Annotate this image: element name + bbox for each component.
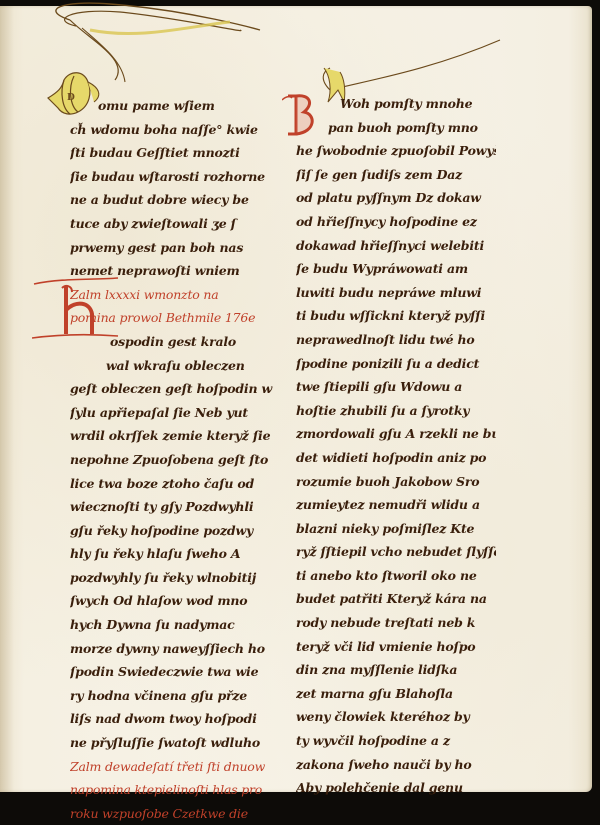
text-line: od platu pyſſnym Dz dokaw <box>296 186 496 210</box>
rubric-line: Zalm lxxxxi wmonzto na <box>70 283 285 307</box>
text-line: ſpodine ponizili ſu a dedict <box>296 352 496 376</box>
text-line: pozdwyhly ſu řeky wlnobitij <box>70 566 285 590</box>
text-line: ry hodna včinena gſu přze <box>70 684 285 708</box>
rubric-line: napomina ktepielinoſti hlas pro <box>70 778 285 798</box>
text-line: wrdil okrſſek zemie kteryž ſie <box>70 424 285 448</box>
text-line: ſti budau Geſſtiet mnozti <box>70 141 285 165</box>
text-line: ſylu apřiepaſal ſie Neb yut <box>70 401 285 425</box>
text-line: teryž vči lid vmienie hoſpo <box>296 635 496 659</box>
text-line: ryž ſſtiepil vcho nebudet ſlyſſe <box>296 540 496 564</box>
text-line: tuce aby zwieſtowali ʒe ſ <box>70 212 285 236</box>
gutter-shadow <box>0 6 14 792</box>
text-line: det widieti hoſpodin aniz po <box>296 446 496 470</box>
text-line: pan buoh pomſty mno <box>296 116 496 140</box>
right-column-text: Woh pomſty mnohe pan buoh pomſty mno he … <box>296 92 496 798</box>
text-line: liſs nad dwom twoy hoſpodi <box>70 707 285 731</box>
text-line: Aby polehčenie dal genu <box>296 776 496 798</box>
text-line: ospodin gest kralo <box>70 330 285 354</box>
text-line: rozumie buoh Jakobow Sro <box>296 470 496 494</box>
text-line: lice twa boze ztoho čaſu od <box>70 472 285 496</box>
text-line: blazni nieky poſmiſlez Kte <box>296 517 496 541</box>
text-line: budet patřiti Kteryž kára na <box>296 587 496 611</box>
text-line: weny člowiek kteréhoz by <box>296 705 496 729</box>
text-line: gſu řeky hoſpodine pozdwy <box>70 519 285 543</box>
text-line: ſiſ ſe gen ſudiſs zem Daz <box>296 163 496 187</box>
text-line: morze dywny naweyſſiech ho <box>70 637 285 661</box>
text-line: zmordowali gſu A rzekli ne bu <box>296 422 496 446</box>
text-line: luwiti budu nepráwe mluwi <box>296 281 496 305</box>
text-line: wiecznoſti ty gſy Pozdwyhli <box>70 495 285 519</box>
text-line: zet marna gſu Blahoſla <box>296 682 496 706</box>
text-line: ty wyvčil hoſpodine a z <box>296 729 496 753</box>
text-line: ſwych Od hlaſow wod mno <box>70 589 285 613</box>
text-line: hly ſu řeky hlaſu ſweho A <box>70 542 285 566</box>
text-line: rody nebude treſtati neb k <box>296 611 496 635</box>
rubric-line: Zalm dewadeſatí třeti ſti dnuow <box>70 755 285 779</box>
text-line: zumieytez nemudři wlidu a <box>296 493 496 517</box>
rubric-line: pomina prowol Bethmile 176e <box>70 306 285 330</box>
text-line: ti anebo kto ſtworil oko ne <box>296 564 496 588</box>
text-line: din zna myſſlenie lidſka <box>296 658 496 682</box>
text-line: neprawedlnoſt lidu twé ho <box>296 328 496 352</box>
text-line: cȟ wdomu boha naſſe° kwie <box>70 118 285 142</box>
text-line: wal wkraſu obleczen <box>70 354 285 378</box>
text-line: od hřieſſnycy hoſpodine ez <box>296 210 496 234</box>
left-column-text: omu pame wſiem cȟ wdomu boha naſſe° kwie… <box>70 94 285 798</box>
text-line: twe ſtiepili gſu Wdowu a <box>296 375 496 399</box>
text-line: ne a budut dobre wiecy be <box>70 188 285 212</box>
text-line: omu pame wſiem <box>70 94 285 118</box>
manuscript-page: D omu pame wſiem cȟ wdomu boha naſſe° kw… <box>0 6 592 792</box>
text-line: ti budu wſſickni kteryž pyſſi <box>296 304 496 328</box>
text-line: he ſwobodnie zpuoſobil Powyš <box>296 139 496 163</box>
text-line: hoſtie zhubili ſu a ſyrotky <box>296 399 496 423</box>
text-line: ſie budau wſtarosti rozhorne <box>70 165 285 189</box>
text-line: ſpodin Swiedeczwie twa wie <box>70 660 285 684</box>
text-line: nepohne Zpuoſobena geſt ſto <box>70 448 285 472</box>
text-line: ne přyſluſſie ſwatoſt wdluho <box>70 731 285 755</box>
text-line: nemet neprawoſti wniem <box>70 259 285 283</box>
text-line: prwemy gest pan boh nas <box>70 236 285 260</box>
text-line: geſt obleczen geſt hoſpodin w <box>70 377 285 401</box>
text-line: zakona ſweho nauči by ho <box>296 753 496 777</box>
text-line: Woh pomſty mnohe <box>296 92 496 116</box>
text-line: hych Dywna ſu nadymac <box>70 613 285 637</box>
text-line: ſe budu Wypráwowati am <box>296 257 496 281</box>
text-line: dokawad hřieſſnyci welebiti <box>296 234 496 258</box>
